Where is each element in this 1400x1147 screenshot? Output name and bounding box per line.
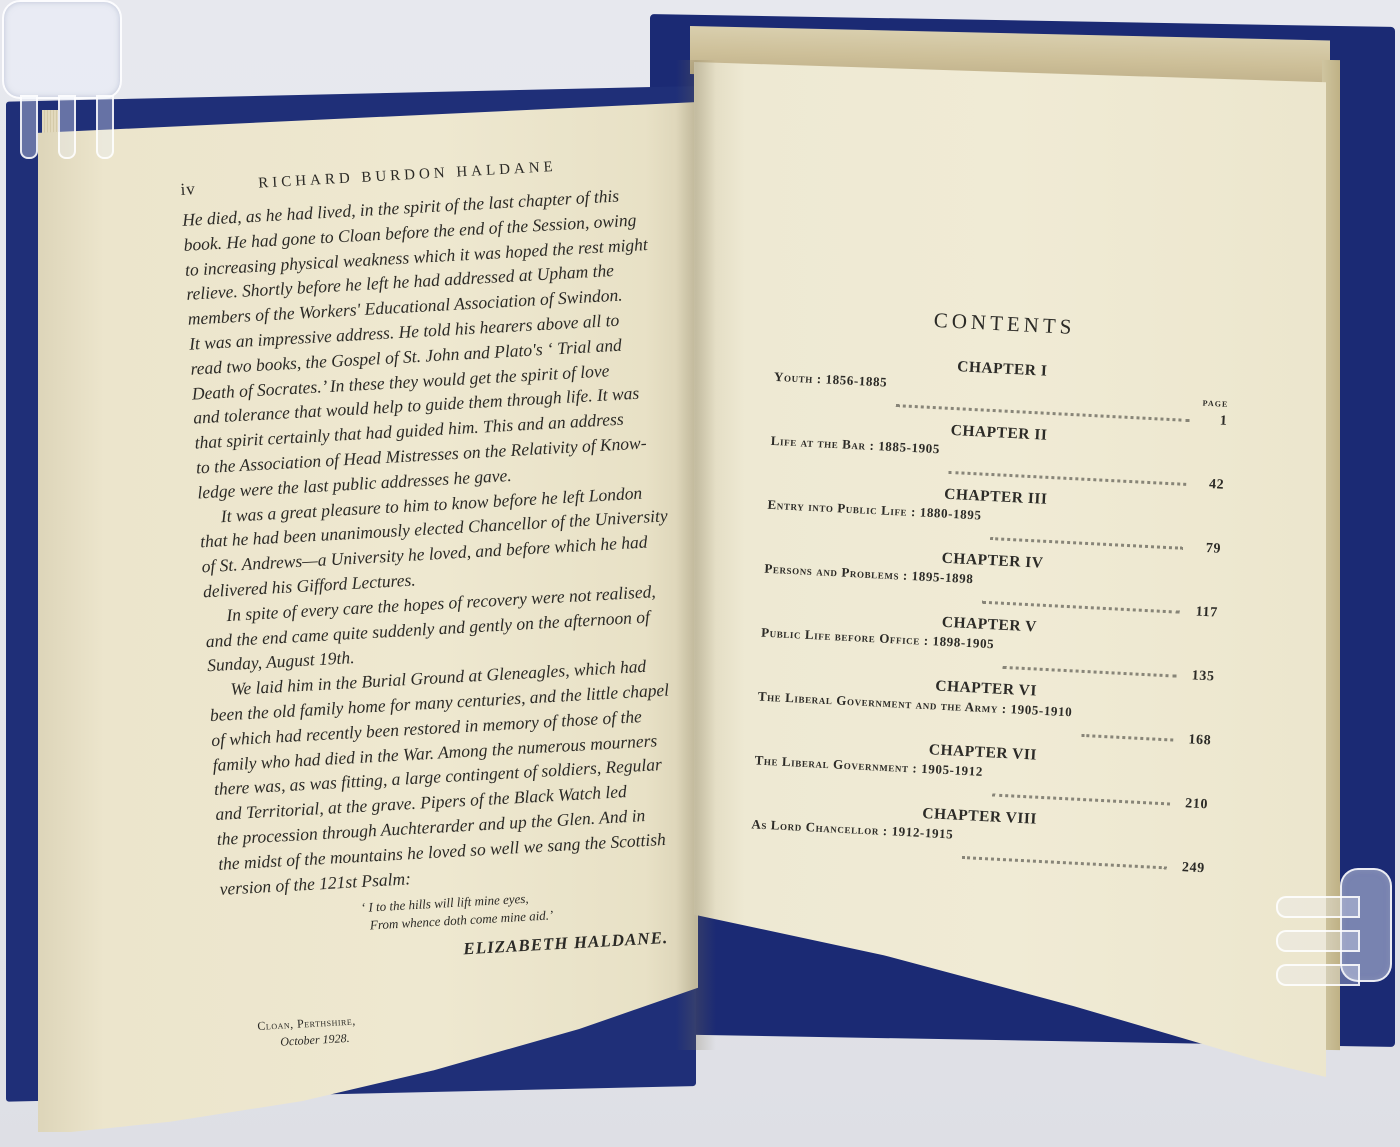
toc-entry-title: Entry into Public Life : 1880-1895 bbox=[766, 497, 982, 546]
toc-entry-page: 117 bbox=[1187, 604, 1218, 621]
toc-entry-title: Youth : 1856-1885 bbox=[773, 369, 888, 413]
toc-entry-title: Persons and Problems : 1895-1898 bbox=[763, 561, 974, 610]
dot-leader bbox=[982, 601, 1180, 614]
page-clip-prong bbox=[1276, 964, 1360, 986]
toc-entry-page: 42 bbox=[1194, 476, 1225, 493]
dot-leader bbox=[1081, 734, 1173, 742]
signature: ELIZABETH HALDANE. bbox=[463, 926, 704, 959]
toc-entry-page: 249 bbox=[1174, 860, 1205, 877]
toc-entry-title: Life at the Bar : 1885-1905 bbox=[769, 433, 940, 480]
contents-page: CONTENTS CHAPTER I Youth : 1856-1885 1 P… bbox=[750, 300, 1232, 877]
paragraph-4: We laid him in the Burial Ground at Glen… bbox=[208, 652, 700, 902]
dot-leader bbox=[1003, 666, 1177, 678]
paragraph-1: He died, as he had lived, in the spirit … bbox=[182, 181, 678, 505]
dot-leader bbox=[896, 404, 1190, 422]
page-number: iv bbox=[180, 176, 259, 200]
toc-entry-page: 210 bbox=[1178, 796, 1209, 813]
dot-leader bbox=[990, 537, 1183, 550]
dot-leader bbox=[949, 471, 1187, 486]
dot-leader bbox=[992, 793, 1170, 805]
page-clip-prong bbox=[96, 95, 114, 159]
toc-entry-page: 1 bbox=[1197, 412, 1228, 429]
page-clip-top-left bbox=[2, 0, 122, 99]
toc-entry-page: 79 bbox=[1191, 540, 1222, 557]
toc-entry-page: 168 bbox=[1181, 732, 1212, 749]
page-clip-prong bbox=[58, 95, 76, 159]
page-clip-prong bbox=[20, 95, 38, 159]
page-clip-prong bbox=[1276, 896, 1360, 918]
toc-entry-page: 135 bbox=[1184, 668, 1215, 685]
page-column-label: PAGE bbox=[1202, 399, 1228, 409]
page-clip-prong bbox=[1276, 930, 1360, 952]
left-page-text: iv RICHARD BURDON HALDANE He died, as he… bbox=[180, 153, 708, 1053]
book-photo-scene: iv RICHARD BURDON HALDANE He died, as he… bbox=[0, 0, 1400, 1147]
